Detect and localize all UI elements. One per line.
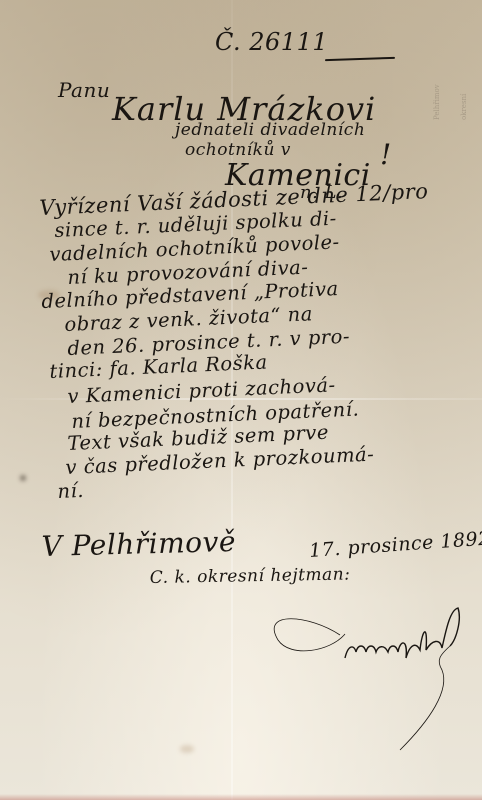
- recipient-role-line-1: jednateli divadelních: [175, 120, 365, 140]
- faded-stamp: Pelhřimov okresní hejtmanství ze dne čís…: [415, 50, 475, 120]
- paper-bottom-edge: [0, 794, 482, 800]
- recipient-role-line-2: ochotníků v: [185, 140, 291, 160]
- signature: [250, 600, 482, 760]
- stain-mark: [180, 745, 194, 753]
- stamp-line: okresní: [460, 50, 469, 120]
- ink-spot: [20, 475, 26, 481]
- closing-office-title: C. k. okresní hejtman:: [150, 565, 351, 588]
- body-line: ní.: [57, 479, 84, 503]
- recipient-exclaim-mark: !: [380, 138, 392, 171]
- closing-place: V Pelhřimově: [41, 525, 236, 563]
- salutation: Panu: [58, 78, 110, 102]
- stamp-line: Pelhřimov: [433, 50, 442, 120]
- reference-number: Č. 26111: [215, 28, 328, 56]
